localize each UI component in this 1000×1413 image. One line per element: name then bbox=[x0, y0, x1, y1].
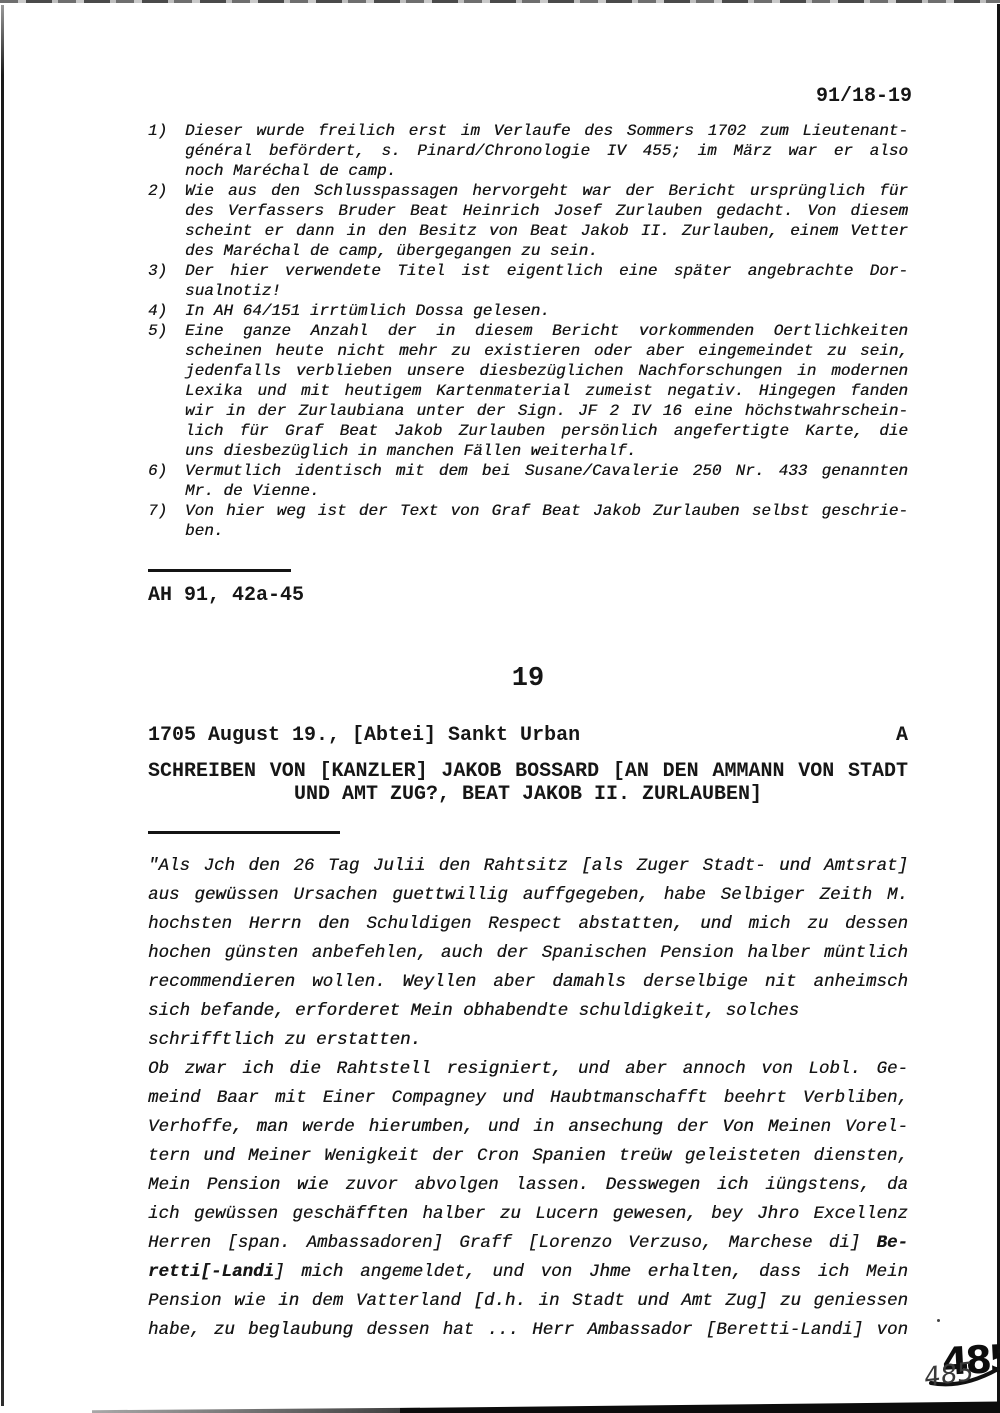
footnote: 5)Eine ganze Anzahl der in diesem Berich… bbox=[148, 321, 908, 461]
footnote: 6)Vermutlich identisch mit dem bei Susan… bbox=[148, 461, 908, 501]
footnote-line: wir in der Zurlaubiana unter der Sign. J… bbox=[185, 401, 908, 421]
footnote-line: Von hier weg ist der Text von Graf Beat … bbox=[185, 501, 908, 521]
footnote-number: 5) bbox=[148, 321, 169, 461]
footnote-text: Der hier verwendete Titel ist eigentlich… bbox=[185, 261, 908, 301]
letter-body: "Als Jch den 26 Tag Julii den Rahtsitz [… bbox=[148, 852, 908, 1345]
footnote-line: Mr. de Vienne. bbox=[185, 481, 908, 501]
footnote-text: Dieser wurde freilich erst im Verlaufe d… bbox=[185, 121, 908, 181]
body-line: ich gewüssen geschäfften halber zu Lucer… bbox=[148, 1200, 908, 1229]
scan-edge-bottom-left bbox=[92, 1406, 420, 1413]
footnote-text: In AH 64/151 irrtümlich Dossa gelesen. bbox=[185, 301, 908, 321]
body-line: Pension wie in dem Vatterland [d.h. in S… bbox=[148, 1287, 908, 1316]
footnote-text: Vermutlich identisch mit dem bei Susane/… bbox=[185, 461, 908, 501]
document-number: 19 bbox=[148, 664, 908, 694]
body-line: hochen günsten anbefehlen, auch der Span… bbox=[148, 939, 908, 968]
footnote: 7)Von hier weg ist der Text von Graf Bea… bbox=[148, 501, 908, 541]
footnote-number: 1) bbox=[148, 121, 169, 181]
footnote-number: 6) bbox=[148, 461, 169, 501]
footnote-text: Wie aus den Schlusspassagen hervorgeht w… bbox=[185, 181, 908, 261]
footnote-line: scheinen heute nicht mehr zu existieren … bbox=[185, 341, 908, 361]
footnote-line: Wie aus den Schlusspassagen hervorgeht w… bbox=[185, 181, 908, 201]
body-line: aus gewüssen Ursachen guettwillig auffge… bbox=[148, 881, 908, 910]
footnote-line: Vermutlich identisch mit dem bei Susane/… bbox=[185, 461, 908, 481]
footnote-line: Lexika und mit heutigem Kartenmaterial z… bbox=[185, 381, 908, 401]
date-line: 1705 August 19., [Abtei] Sankt Urban A bbox=[148, 724, 908, 747]
footnote-line: lich für Graf Beat Jakob Zurlauben persö… bbox=[185, 421, 908, 441]
footnote-line: Eine ganze Anzahl der in diesem Bericht … bbox=[185, 321, 908, 341]
footnote-number: 3) bbox=[148, 261, 169, 301]
footnote-line: noch Maréchal de camp. bbox=[185, 161, 908, 181]
footnote-text: Von hier weg ist der Text von Graf Beat … bbox=[185, 501, 908, 541]
document-title: SCHREIBEN VON [KANZLER] JAKOB BOSSARD [A… bbox=[148, 760, 908, 806]
body-line: Mein Pension wie zuvor abvolgen lassen. … bbox=[148, 1171, 908, 1200]
body-line: Ob zwar ich die Rahtstell resigniert, un… bbox=[148, 1055, 908, 1084]
document-letter-mark: A bbox=[896, 724, 908, 747]
footnote-line: ben. bbox=[185, 521, 908, 541]
body-line: meind Baar mit Einer Compagney und Haubt… bbox=[148, 1084, 908, 1113]
body-line: Verhoffe, man werde hierumben, und in an… bbox=[148, 1113, 908, 1142]
body-line: "Als Jch den 26 Tag Julii den Rahtsitz [… bbox=[148, 852, 908, 881]
handwritten-page-number-light: 485 bbox=[924, 1357, 974, 1393]
footnote-line: des Maréchal de camp, übergegangen zu se… bbox=[185, 241, 908, 261]
body-line: tern und Meiner Wenigkeit der Cron Spani… bbox=[148, 1142, 908, 1171]
footnote-line: sualnotiz! bbox=[185, 281, 908, 301]
document-title-line2: UND AMT ZUG?, BEAT JAKOB II. ZURLAUBEN] bbox=[148, 783, 908, 806]
scanned-document-page: 91/18-19 1)Dieser wurde freilich erst im… bbox=[0, 0, 1000, 1413]
document-title-line1: SCHREIBEN VON [KANZLER] JAKOB BOSSARD [A… bbox=[148, 760, 908, 783]
archive-reference: 91/18-19 bbox=[816, 85, 912, 108]
footnote-number: 2) bbox=[148, 181, 169, 261]
body-line: schrifftlich zu erstatten. bbox=[148, 1026, 908, 1055]
scan-edge-bottom-right bbox=[400, 1400, 1000, 1413]
footnote-line: scheint er dann in den Besitz von Beat J… bbox=[185, 221, 908, 241]
footnote-line: jedenfalls verblieben unsere diesbezügli… bbox=[185, 361, 908, 381]
footnote: 3)Der hier verwendete Titel ist eigentli… bbox=[148, 261, 908, 301]
footnote-number: 4) bbox=[148, 301, 169, 321]
source-reference: AH 91, 42a-45 bbox=[148, 584, 304, 607]
footnote-text: Eine ganze Anzahl der in diesem Bericht … bbox=[185, 321, 908, 461]
footnote-line: Der hier verwendete Titel ist eigentlich… bbox=[185, 261, 908, 281]
footnote-line: Dieser wurde freilich erst im Verlaufe d… bbox=[185, 121, 908, 141]
ink-speck bbox=[937, 1319, 940, 1322]
scan-edge-left bbox=[1, 5, 4, 1406]
footnote: 2)Wie aus den Schlusspassagen hervorgeht… bbox=[148, 181, 908, 261]
body-line: sich befande, erforderet Mein obhabendte… bbox=[148, 997, 908, 1026]
body-line: recommendieren wollen. Weyllen aber dama… bbox=[148, 968, 908, 997]
footnote-line: uns diesbezüglich in manchen Fällen weit… bbox=[185, 441, 908, 461]
body-line: Herren [span. Ambassadoren] Graff [Loren… bbox=[148, 1229, 908, 1258]
footnote-line: général befördert, s. Pinard/Chronologie… bbox=[185, 141, 908, 161]
footnotes-block: 1)Dieser wurde freilich erst im Verlaufe… bbox=[148, 121, 908, 541]
body-line: habe, zu beglaubung dessen hat ... Herr … bbox=[148, 1316, 908, 1345]
body-line: hochsten Herrn den Schuldigen Respect ab… bbox=[148, 910, 908, 939]
title-separator-rule bbox=[148, 831, 340, 834]
footnote-number: 7) bbox=[148, 501, 169, 541]
body-line: retti[-Landi] mich angemeldet, und von J… bbox=[148, 1258, 908, 1287]
footnote-line: In AH 64/151 irrtümlich Dossa gelesen. bbox=[185, 301, 908, 321]
footnote-separator-rule bbox=[148, 569, 291, 572]
date-place: 1705 August 19., [Abtei] Sankt Urban bbox=[148, 724, 580, 747]
footnote: 4)In AH 64/151 irrtümlich Dossa gelesen. bbox=[148, 301, 908, 321]
scan-edge-top bbox=[0, 0, 1000, 3]
footnote: 1)Dieser wurde freilich erst im Verlaufe… bbox=[148, 121, 908, 181]
footnote-line: des Verfassers Bruder Beat Heinrich Jose… bbox=[185, 201, 908, 221]
